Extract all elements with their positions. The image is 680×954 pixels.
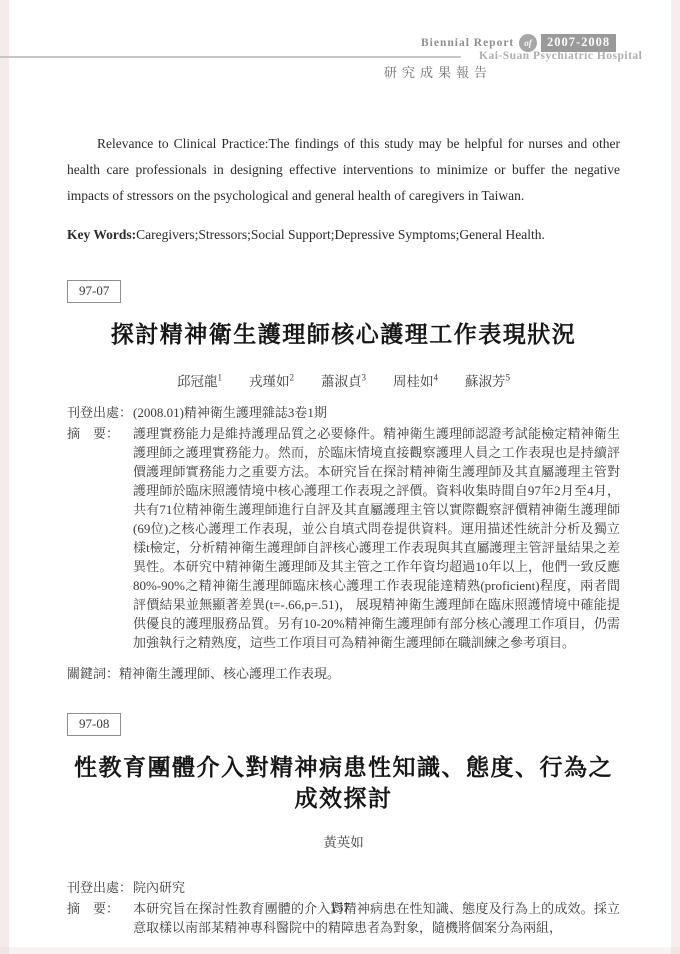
report-page: Biennial Report of 2007-2008 Kai-Suan Ps… bbox=[0, 0, 680, 954]
page-edge-right bbox=[671, 0, 680, 954]
publication-value: (2008.01)精神衛生護理雜誌3卷1期 bbox=[133, 403, 620, 422]
article1-id-box: 97-07 bbox=[67, 280, 121, 303]
abstract-label: 摘 要： bbox=[67, 424, 133, 652]
article2-author: 黃英如 bbox=[67, 831, 620, 851]
article2-title-line2: 成效探討 bbox=[295, 785, 393, 811]
keywords-label: Key Words: bbox=[67, 227, 136, 242]
page-body: Relevance to Clinical Practice:The findi… bbox=[67, 0, 620, 937]
author: 蘇淑芳5 bbox=[465, 370, 510, 390]
article2-title-line1: 性教育團體介入對精神病患性知識、態度、行為之 bbox=[74, 754, 613, 780]
article2-publication-row: 刊登出處： 院內研究 bbox=[67, 878, 620, 897]
abstract-text: 護理實務能力是維持護理品質之必要條件。精神衛生護理師認證考試能檢定精神衛生護理師… bbox=[133, 424, 620, 652]
article1-title: 探討精神衛生護理師核心護理工作表現狀況 bbox=[67, 319, 620, 350]
author: 邱冠龍1 bbox=[177, 370, 222, 390]
article1-abstract-row: 摘 要： 護理實務能力是維持護理品質之必要條件。精神衛生護理師認證考試能檢定精神… bbox=[67, 424, 620, 652]
english-keywords-line: Key Words:Caregivers;Stressors;Social Su… bbox=[67, 223, 620, 247]
keywords-text: Caregivers;Stressors;Social Support;Depr… bbox=[136, 227, 545, 242]
page-edge-bottom bbox=[0, 947, 680, 954]
author: 蕭淑貞3 bbox=[321, 370, 366, 390]
article1-publication-row: 刊登出處： (2008.01)精神衛生護理雜誌3卷1期 bbox=[67, 403, 620, 422]
keywords-zh-label: 關鍵詞： bbox=[67, 666, 119, 681]
author: 周桂如4 bbox=[393, 370, 438, 390]
publication-label: 刊登出處： bbox=[67, 403, 133, 422]
page-edge-left bbox=[0, 0, 9, 954]
author: 戎瑾如2 bbox=[249, 370, 294, 390]
page-number: 157 bbox=[0, 900, 680, 916]
article2-id-box: 97-08 bbox=[67, 713, 121, 736]
publication-label: 刊登出處： bbox=[67, 878, 133, 897]
article1-keywords-row: 關鍵詞：精神衛生護理師、核心護理工作表現。 bbox=[67, 664, 620, 683]
article1-authors: 邱冠龍1 戎瑾如2 蕭淑貞3 周桂如4 蘇淑芳5 bbox=[67, 370, 620, 390]
keywords-zh-text: 精神衛生護理師、核心護理工作表現。 bbox=[119, 666, 340, 681]
relevance-paragraph: Relevance to Clinical Practice:The findi… bbox=[67, 131, 620, 209]
publication-value: 院內研究 bbox=[133, 878, 620, 897]
article2-title: 性教育團體介入對精神病患性知識、態度、行為之成效探討 bbox=[67, 752, 620, 814]
